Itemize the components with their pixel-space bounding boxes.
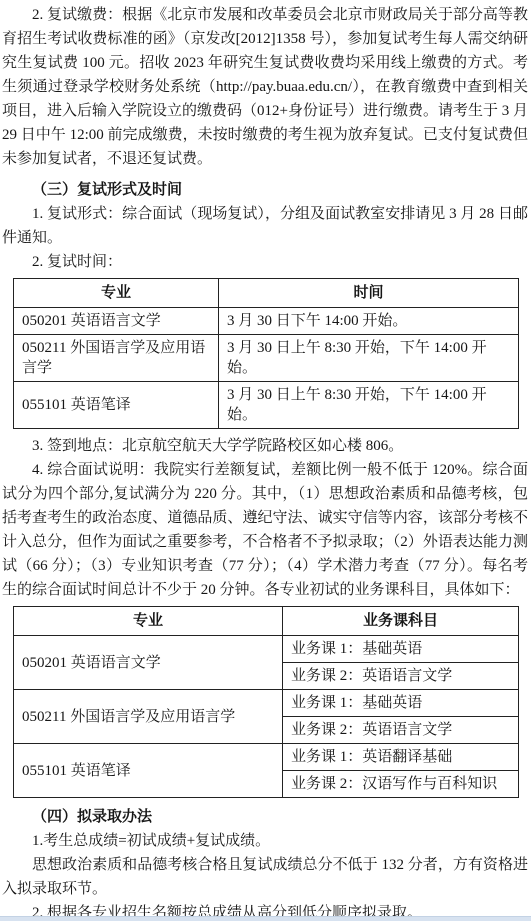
section-heading-interview-form-time: （三）复试形式及时间 (2, 178, 528, 202)
schedule-major-cell: 050201 英语语言文学 (14, 308, 219, 335)
course-subject-cell: 业务课 1：基础英语 (283, 690, 519, 717)
table-row: 050211 外国语言学及应用语言学 3 月 30 日上午 8:30 开始，下午… (14, 335, 519, 382)
paragraph-signin-location: 3. 签到地点：北京航空航天大学学院路校区如心楼 806。 (2, 434, 528, 458)
course-header-subject: 业务课科目 (283, 607, 519, 636)
course-subject-cell: 业务课 2：英语语言文学 (283, 717, 519, 744)
schedule-major-cell: 055101 英语笔译 (14, 382, 219, 429)
section-heading-admission-method: （四）拟录取办法 (2, 805, 528, 829)
course-subject-cell: 业务课 2：汉语写作与百科知识 (283, 771, 519, 798)
table-header-row: 专业 业务课科目 (14, 607, 519, 636)
paragraph-total-score-formula: 1.考生总成绩=初试成绩+复试成绩。 (2, 829, 528, 853)
schedule-header-time: 时间 (219, 279, 519, 308)
paragraph-score-threshold: 思想政治素质和品德考核合格且复试成绩总分不低于 132 分者，方有资格进入拟录取… (2, 853, 528, 901)
paragraph-interview-form: 1. 复试形式：综合面试（现场复试），分组及面试教室安排请见 3 月 28 日邮… (2, 202, 528, 250)
document-page: 2. 复试缴费：根据《北京市发展和改革委员会北京市财政局关于部分高等教育招生考试… (0, 0, 531, 921)
schedule-header-major: 专业 (14, 279, 219, 308)
window-bottom-edge (0, 916, 531, 921)
course-subject-table: 专业 业务课科目 050201 英语语言文学 业务课 1：基础英语 业务课 2：… (13, 606, 519, 798)
schedule-time-cell: 3 月 30 日上午 8:30 开始，下午 14:00 开始。 (219, 382, 519, 429)
paragraph-interview-description: 4. 综合面试说明：我院实行差额复试，差额比例一般不低于 120%。综合面试分为… (2, 458, 528, 602)
course-subject-cell: 业务课 2：英语语言文学 (283, 663, 519, 690)
course-major-cell: 055101 英语笔译 (14, 744, 283, 798)
table-row: 050201 英语语言文学 3 月 30 日下午 14:00 开始。 (14, 308, 519, 335)
table-header-row: 专业 时间 (14, 279, 519, 308)
schedule-time-cell: 3 月 30 日下午 14:00 开始。 (219, 308, 519, 335)
course-header-major: 专业 (14, 607, 283, 636)
table-row: 055101 英语笔译 3 月 30 日上午 8:30 开始，下午 14:00 … (14, 382, 519, 429)
schedule-time-cell: 3 月 30 日上午 8:30 开始，下午 14:00 开始。 (219, 335, 519, 382)
schedule-major-cell: 050211 外国语言学及应用语言学 (14, 335, 219, 382)
table-row: 050201 英语语言文学 业务课 1：基础英语 (14, 636, 519, 663)
course-major-cell: 050211 外国语言学及应用语言学 (14, 690, 283, 744)
course-subject-cell: 业务课 1：英语翻译基础 (283, 744, 519, 771)
paragraph-fee-payment: 2. 复试缴费：根据《北京市发展和改革委员会北京市财政局关于部分高等教育招生考试… (2, 3, 528, 171)
table-row: 050211 外国语言学及应用语言学 业务课 1：基础英语 (14, 690, 519, 717)
paragraph-interview-time-label: 2. 复试时间： (2, 250, 528, 274)
course-major-cell: 050201 英语语言文学 (14, 636, 283, 690)
course-subject-cell: 业务课 1：基础英语 (283, 636, 519, 663)
interview-schedule-table: 专业 时间 050201 英语语言文学 3 月 30 日下午 14:00 开始。… (13, 278, 519, 429)
table-row: 055101 英语笔译 业务课 1：英语翻译基础 (14, 744, 519, 771)
